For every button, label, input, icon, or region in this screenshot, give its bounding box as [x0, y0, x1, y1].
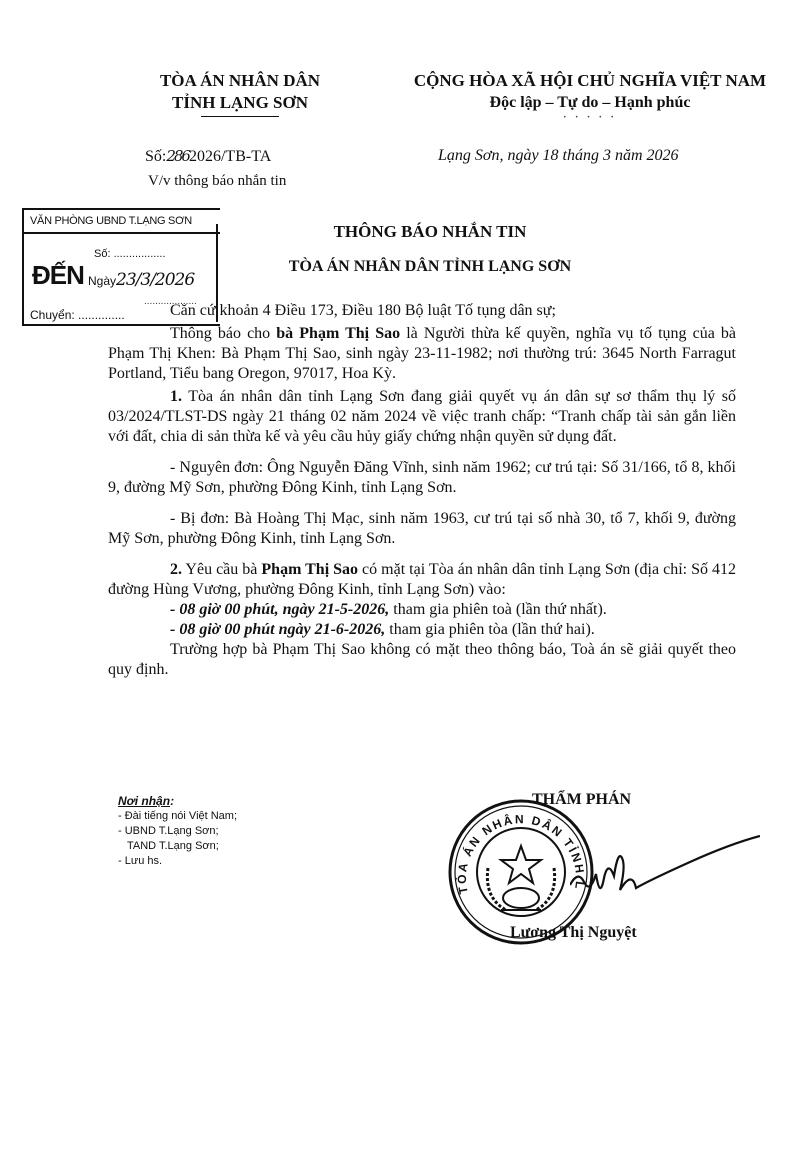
judge-name: Lương Thị Nguyệt	[510, 924, 637, 942]
notice-lead: Thông báo cho	[170, 325, 276, 342]
judge-title: THẨM PHÁN	[532, 791, 631, 809]
national-title: CỘNG HÒA XÃ HỘI CHỦ NGHĨA VIỆT NAM	[405, 70, 775, 92]
recipients-heading-text: Nơi nhận	[118, 794, 170, 808]
item-1-text: Tòa án nhân dân tỉnh Lạng Sơn đang giải …	[108, 388, 736, 445]
issuer-header: TÒA ÁN NHÂN DÂN TỈNH LẠNG SƠN	[120, 70, 360, 117]
recipient-item: - Lưu hs.	[118, 854, 237, 869]
place-and-date: Lạng Sơn, ngày 18 tháng 3 năm 2026	[438, 147, 679, 165]
hearing-1-text: tham gia phiên toà (lần thứ nhất).	[389, 601, 607, 618]
item-2-number: 2.	[170, 561, 182, 578]
recipients-heading: Nơi nhận:	[118, 794, 237, 809]
motto-separator: · · · · ·	[405, 114, 775, 122]
doc-number-label: Số:	[145, 148, 166, 165]
national-motto: Độc lập – Tự do – Hạnh phúc	[405, 92, 775, 114]
item-2-paragraph: 2. Yêu cầu bà Phạm Thị Sao có mặt tại Tò…	[108, 560, 736, 600]
svg-text:TÒA ÁN NHÂN DÂN TỈNH LẠNG SƠN: TÒA ÁN NHÂN DÂN TỈNH LẠNG SƠN	[446, 798, 587, 895]
hearing-2-time: - 08 giờ 00 phút ngày 21-6-2026,	[170, 621, 385, 638]
notice-person: bà Phạm Thị Sao	[276, 325, 400, 342]
item-2-lead: Yêu cầu bà	[182, 561, 261, 578]
recipient-item: - Đài tiếng nói Việt Nam;	[118, 809, 237, 824]
document-subject: V/v thông báo nhắn tin	[148, 173, 286, 190]
recipient-item: - UBND T.Lạng Sơn;	[118, 824, 237, 839]
hearing-2-text: tham gia phiên tòa (lần thứ hai).	[385, 621, 595, 638]
seal-text: TÒA ÁN NHÂN DÂN TỈNH LẠNG SƠN	[446, 798, 587, 895]
item-2-person: Phạm Thị Sao	[261, 561, 358, 578]
issuer-line-1: TÒA ÁN NHÂN DÂN	[120, 70, 360, 92]
document-number: Số:2862026/TB-TA	[145, 147, 271, 166]
closing-paragraph: Trường hợp bà Phạm Thị Sao không có mặt …	[108, 640, 736, 680]
recipients-list: Nơi nhận: - Đài tiếng nói Việt Nam; - UB…	[118, 794, 237, 869]
item-1-paragraph: 1. Tòa án nhân dân tỉnh Lạng Sơn đang gi…	[108, 387, 736, 447]
plaintiff-paragraph: - Nguyên đơn: Ông Nguyễn Đăng Vĩnh, sinh…	[108, 458, 736, 498]
item-1-number: 1.	[170, 388, 182, 405]
issuer-line-2: TỈNH LẠNG SƠN	[120, 92, 360, 114]
document-title: THÔNG BÁO NHẮN TIN	[0, 222, 800, 242]
legal-basis: Căn cứ khoản 4 Điều 173, Điều 180 Bộ luậ…	[108, 301, 736, 321]
doc-number-suffix: 2026/TB-TA	[189, 148, 271, 165]
document-issuer-title: TÒA ÁN NHÂN DÂN TỈNH LẠNG SƠN	[0, 258, 800, 276]
notice-paragraph: Thông báo cho bà Phạm Thị Sao là Người t…	[108, 324, 736, 384]
document-body: Căn cứ khoản 4 Điều 173, Điều 180 Bộ luậ…	[108, 301, 736, 680]
recipient-item: TAND T.Lạng Sơn;	[118, 839, 237, 854]
national-header: CỘNG HÒA XÃ HỘI CHỦ NGHĨA VIỆT NAM Độc l…	[405, 70, 775, 122]
hearing-2: - 08 giờ 00 phút ngày 21-6-2026, tham gi…	[108, 620, 736, 640]
recipients-heading-colon: :	[170, 794, 174, 808]
hearing-1-time: - 08 giờ 00 phút, ngày 21-5-2026,	[170, 601, 389, 618]
stamp-date-label: Ngày	[88, 274, 116, 288]
hearing-1: - 08 giờ 00 phút, ngày 21-5-2026, tham g…	[108, 600, 736, 620]
defendant-paragraph: - Bị đơn: Bà Hoàng Thị Mạc, sinh năm 196…	[108, 509, 736, 549]
issuer-underline	[201, 116, 279, 117]
signature-icon	[570, 830, 760, 910]
doc-number-handwritten: 286	[166, 147, 189, 165]
